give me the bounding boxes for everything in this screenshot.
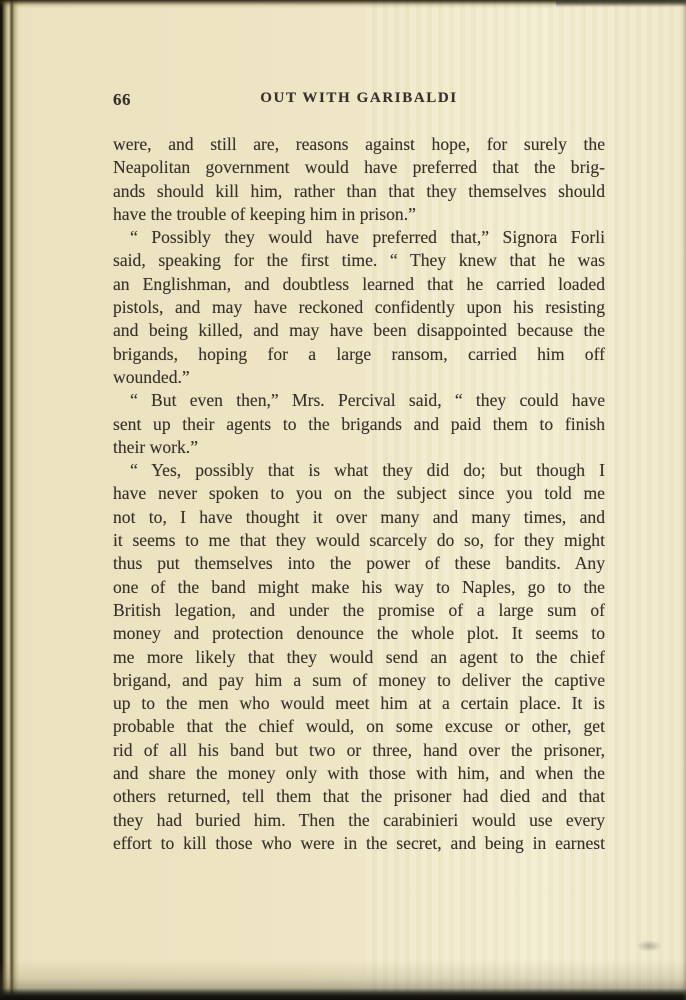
- text-line: not to, I have thought it over many and …: [113, 506, 605, 529]
- scan-smudge: [636, 940, 662, 952]
- text-line: British legation, and under the promise …: [113, 599, 605, 622]
- text-line: have the trouble of keeping him in priso…: [113, 203, 605, 226]
- page-header: 66 OUT WITH GARIBALDI: [113, 90, 605, 110]
- text-line: money and protection denounce the whole …: [113, 622, 605, 645]
- text-line: probable that the chief would, on some e…: [113, 715, 605, 738]
- text-line: up to the men who would meet him at a ce…: [113, 692, 605, 715]
- text-line: pistols, and may have reckoned confident…: [113, 296, 605, 319]
- text-line: ands should kill him, rather than that t…: [113, 180, 605, 203]
- book-page-scan: 66 OUT WITH GARIBALDI were, and still ar…: [0, 0, 686, 1000]
- text-line: wounded.”: [113, 366, 605, 389]
- running-title: OUT WITH GARIBALDI: [113, 90, 605, 107]
- text-line: others returned, tell them that the pris…: [113, 785, 605, 808]
- text-line: they had buried him. Then the carabinier…: [113, 809, 605, 832]
- text-line: me more likely that they would send an a…: [113, 646, 605, 669]
- text-line: brigand, and pay him a sum of money to d…: [113, 669, 605, 692]
- text-line: an Englishman, and doubtless learned tha…: [113, 273, 605, 296]
- text-line: “ But even then,” Mrs. Percival said, “ …: [113, 389, 605, 412]
- page-text: were, and still are, reasons against hop…: [113, 133, 605, 855]
- text-line: sent up their agents to the brigands and…: [113, 413, 605, 436]
- text-line: their work.”: [113, 436, 605, 459]
- text-line: it seems to me that they would scarcely …: [113, 529, 605, 552]
- text-line: one of the band might make his way to Na…: [113, 576, 605, 599]
- text-line: were, and still are, reasons against hop…: [113, 133, 605, 156]
- page-content: 66 OUT WITH GARIBALDI were, and still ar…: [113, 90, 605, 855]
- book-top-right-shadow: [556, 0, 686, 7]
- text-line: “ Yes, possibly that is what they did do…: [113, 459, 605, 482]
- text-line: have never spoken to you on the subject …: [113, 482, 605, 505]
- text-line: and share the money only with those with…: [113, 762, 605, 785]
- text-line: rid of all his band but two or three, ha…: [113, 739, 605, 762]
- text-line: and being killed, and may have been disa…: [113, 319, 605, 342]
- text-line: effort to kill those who were in the sec…: [113, 832, 605, 855]
- text-line: “ Possibly they would have preferred tha…: [113, 226, 605, 249]
- text-line: brigands, hoping for a large ransom, car…: [113, 343, 605, 366]
- book-right-edge: [682, 0, 686, 1000]
- text-line: Neapolitan government would have preferr…: [113, 156, 605, 179]
- page-number: 66: [113, 90, 131, 110]
- book-spine-edge: [0, 0, 20, 1000]
- text-line: thus put themselves into the power of th…: [113, 552, 605, 575]
- book-bottom-edge: [0, 960, 686, 1000]
- text-line: said, speaking for the first time. “ The…: [113, 249, 605, 272]
